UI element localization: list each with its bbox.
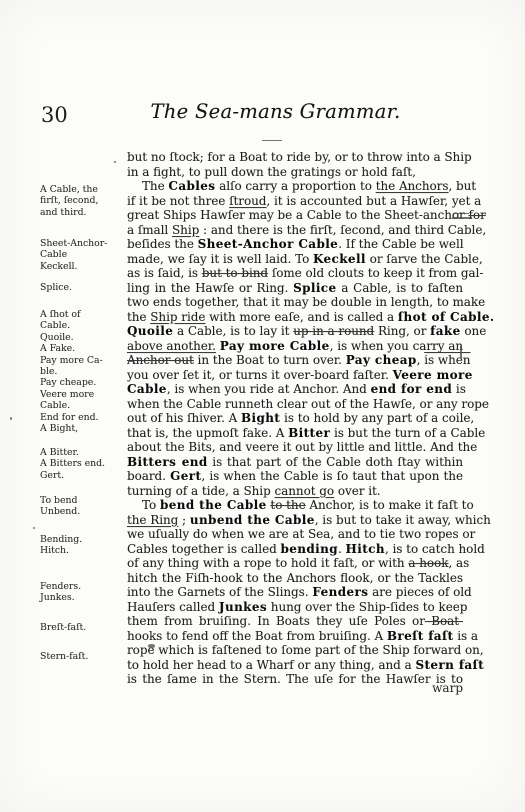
body-line: of any thing with a rope to hold it faſt… — [127, 556, 463, 571]
margin-note-group: Stern-faſt. — [40, 651, 126, 662]
margin-note-line: Fenders. — [40, 581, 126, 592]
body-line: Anchor out in the Boat to turn over. Pay… — [127, 353, 463, 368]
margin-note-line: A Cable, the — [40, 184, 126, 195]
ink-speck — [114, 161, 116, 163]
margin-note-line: Quoile. — [40, 332, 126, 343]
body-line: made, we ſay it is well laid. To Keckell… — [127, 252, 463, 267]
body-line: but no ſtock; for a Boat to ride by, or … — [127, 150, 463, 165]
body-line: is the ſame in the Stern. The uſe for th… — [127, 672, 463, 687]
margin-note-line: Veere more — [40, 389, 126, 400]
margin-note-line: Cable — [40, 249, 126, 260]
margin-note-line: Breſt-faſt. — [40, 622, 126, 633]
body-line: a ſmall Ship : and there is the firſt, ſ… — [127, 223, 463, 238]
body-line: To bend the Cable to the Anchor, is to m… — [127, 498, 463, 513]
body-line: Hauſers called Junkes hung over the Ship… — [127, 600, 463, 615]
body-line: above another. Pay more Cable, is when y… — [127, 339, 463, 354]
margin-note-line: Hitch. — [40, 545, 126, 556]
body-line: rope which is faſtened to ſome part of t… — [127, 643, 463, 658]
body-line: two ends together, that it may be double… — [127, 295, 463, 310]
running-title: The Sea-mans Grammar. — [148, 100, 403, 123]
artifact-line — [453, 213, 469, 214]
body-line: the Ship ride with more eaſe, and is cal… — [127, 310, 463, 325]
margin-note-group: Sheet-Anchor-CableKeckell. — [40, 238, 126, 272]
margin-note-group: Bending.Hitch. — [40, 534, 126, 557]
margin-note-group: Fenders.Junkes. — [40, 581, 126, 604]
margin-note-line: Bending. — [40, 534, 126, 545]
margin-note-line: End for end. — [40, 412, 126, 423]
body-line: The Cables alſo carry a proportion to th… — [127, 179, 463, 194]
page-number: 30 — [41, 103, 68, 127]
body-line: Quoile a Cable, is to lay it up in a rou… — [127, 324, 463, 339]
body-line: hooks to fend off the Boat from bruiſing… — [127, 629, 463, 644]
margin-note-group: Splice. — [40, 282, 126, 293]
margin-note-line: Keckell. — [40, 261, 126, 272]
margin-note-line: and third. — [40, 207, 126, 218]
artifact-line — [452, 217, 472, 219]
body-line: that is, the upmoſt fake. A Bitter is bu… — [127, 426, 463, 441]
margin-note-line: Stern-faſt. — [40, 651, 126, 662]
margin-note-group: A Bitter.A Bitters end.Gert. — [40, 447, 126, 481]
margin-note-line: Gert. — [40, 470, 126, 481]
body-line: as is ſaid, is but to bind ſome old clou… — [127, 266, 463, 281]
ink-blot — [148, 644, 155, 648]
body-line: ling in the Hawſe or Ring. Splice a Cabl… — [127, 281, 463, 296]
margin-note-line: A ſhot of — [40, 309, 126, 320]
margin-note-line: ble. — [40, 366, 126, 377]
margin-note-line: A Fake. — [40, 343, 126, 354]
body-line: Cables together is called bending. Hitch… — [127, 542, 463, 557]
margin-note-line: Splice. — [40, 282, 126, 293]
margin-note-line: A Bight, — [40, 423, 126, 434]
margin-note-line: Cable. — [40, 400, 126, 411]
body-line: when the Cable runneth clear out of the … — [127, 397, 463, 412]
body-line: the Ring ; unbend the Cable, is but to t… — [127, 513, 463, 528]
margin-note-line: Junkes. — [40, 592, 126, 603]
margin-note-line: To bend — [40, 495, 126, 506]
body-line: if it be not three ſtroud, it is account… — [127, 194, 463, 209]
body-line: to hold her head to a Wharf or any thing… — [127, 658, 463, 673]
margin-note-group: A Cable, thefirſt, ſecond,and third. — [40, 184, 126, 218]
body-line: you over ſet it, or turns it over-board … — [127, 368, 463, 383]
body-line: them from bruiſing. In Boats they uſe Po… — [127, 614, 463, 629]
body-line: hitch the Fiſh-hook to the Anchors flook… — [127, 571, 463, 586]
body-line: out of his ſhiver. A Bight is to hold by… — [127, 411, 463, 426]
margin-note-group: Breſt-faſt. — [40, 622, 126, 633]
margin-note-line: Pay cheape. — [40, 377, 126, 388]
body-line: about the Bits, and veere it out by litt… — [127, 440, 463, 455]
body-line: Cable, is when you ride at Anchor. And e… — [127, 382, 463, 397]
ink-speck — [10, 417, 12, 420]
body-line: beſides the Sheet-Anchor Cable. If the C… — [127, 237, 463, 252]
artifact-line — [262, 140, 282, 141]
body-line: in a fight, to pull down the gratings or… — [127, 165, 463, 180]
body-line: turning of a tide, a Ship cannot go over… — [127, 484, 463, 499]
margin-note-line: Cable. — [40, 320, 126, 331]
margin-note-line: Pay more Ca- — [40, 355, 126, 366]
margin-note-line: A Bitter. — [40, 447, 126, 458]
body-line: board. Gert, is when the Cable is ſo tau… — [127, 469, 463, 484]
body-line: Bitters end is that part of the Cable do… — [127, 455, 463, 470]
artifact-line — [460, 346, 462, 358]
margin-note-line: Unbend. — [40, 506, 126, 517]
ink-speck — [33, 527, 35, 529]
margin-note-group: To bendUnbend. — [40, 495, 126, 518]
body-line: great Ships Hawſer may be a Cable to the… — [127, 208, 463, 223]
body-text: but no ſtock; for a Boat to ride by, or … — [127, 150, 463, 687]
margin-note-line: A Bitters end. — [40, 458, 126, 469]
body-line: we uſually do when we are at Sea, and to… — [127, 527, 463, 542]
margin-note-line: firſt, ſecond, — [40, 195, 126, 206]
margin-note-line: Sheet-Anchor- — [40, 238, 126, 249]
margin-note-group: A ſhot ofCable.Quoile.A Fake.Pay more Ca… — [40, 309, 126, 434]
body-line: into the Garnets of the Slings. Fenders … — [127, 585, 463, 600]
catchword: warp — [432, 681, 463, 695]
book-page: 30 The Sea-mans Grammar. A Cable, thefir… — [0, 0, 525, 812]
